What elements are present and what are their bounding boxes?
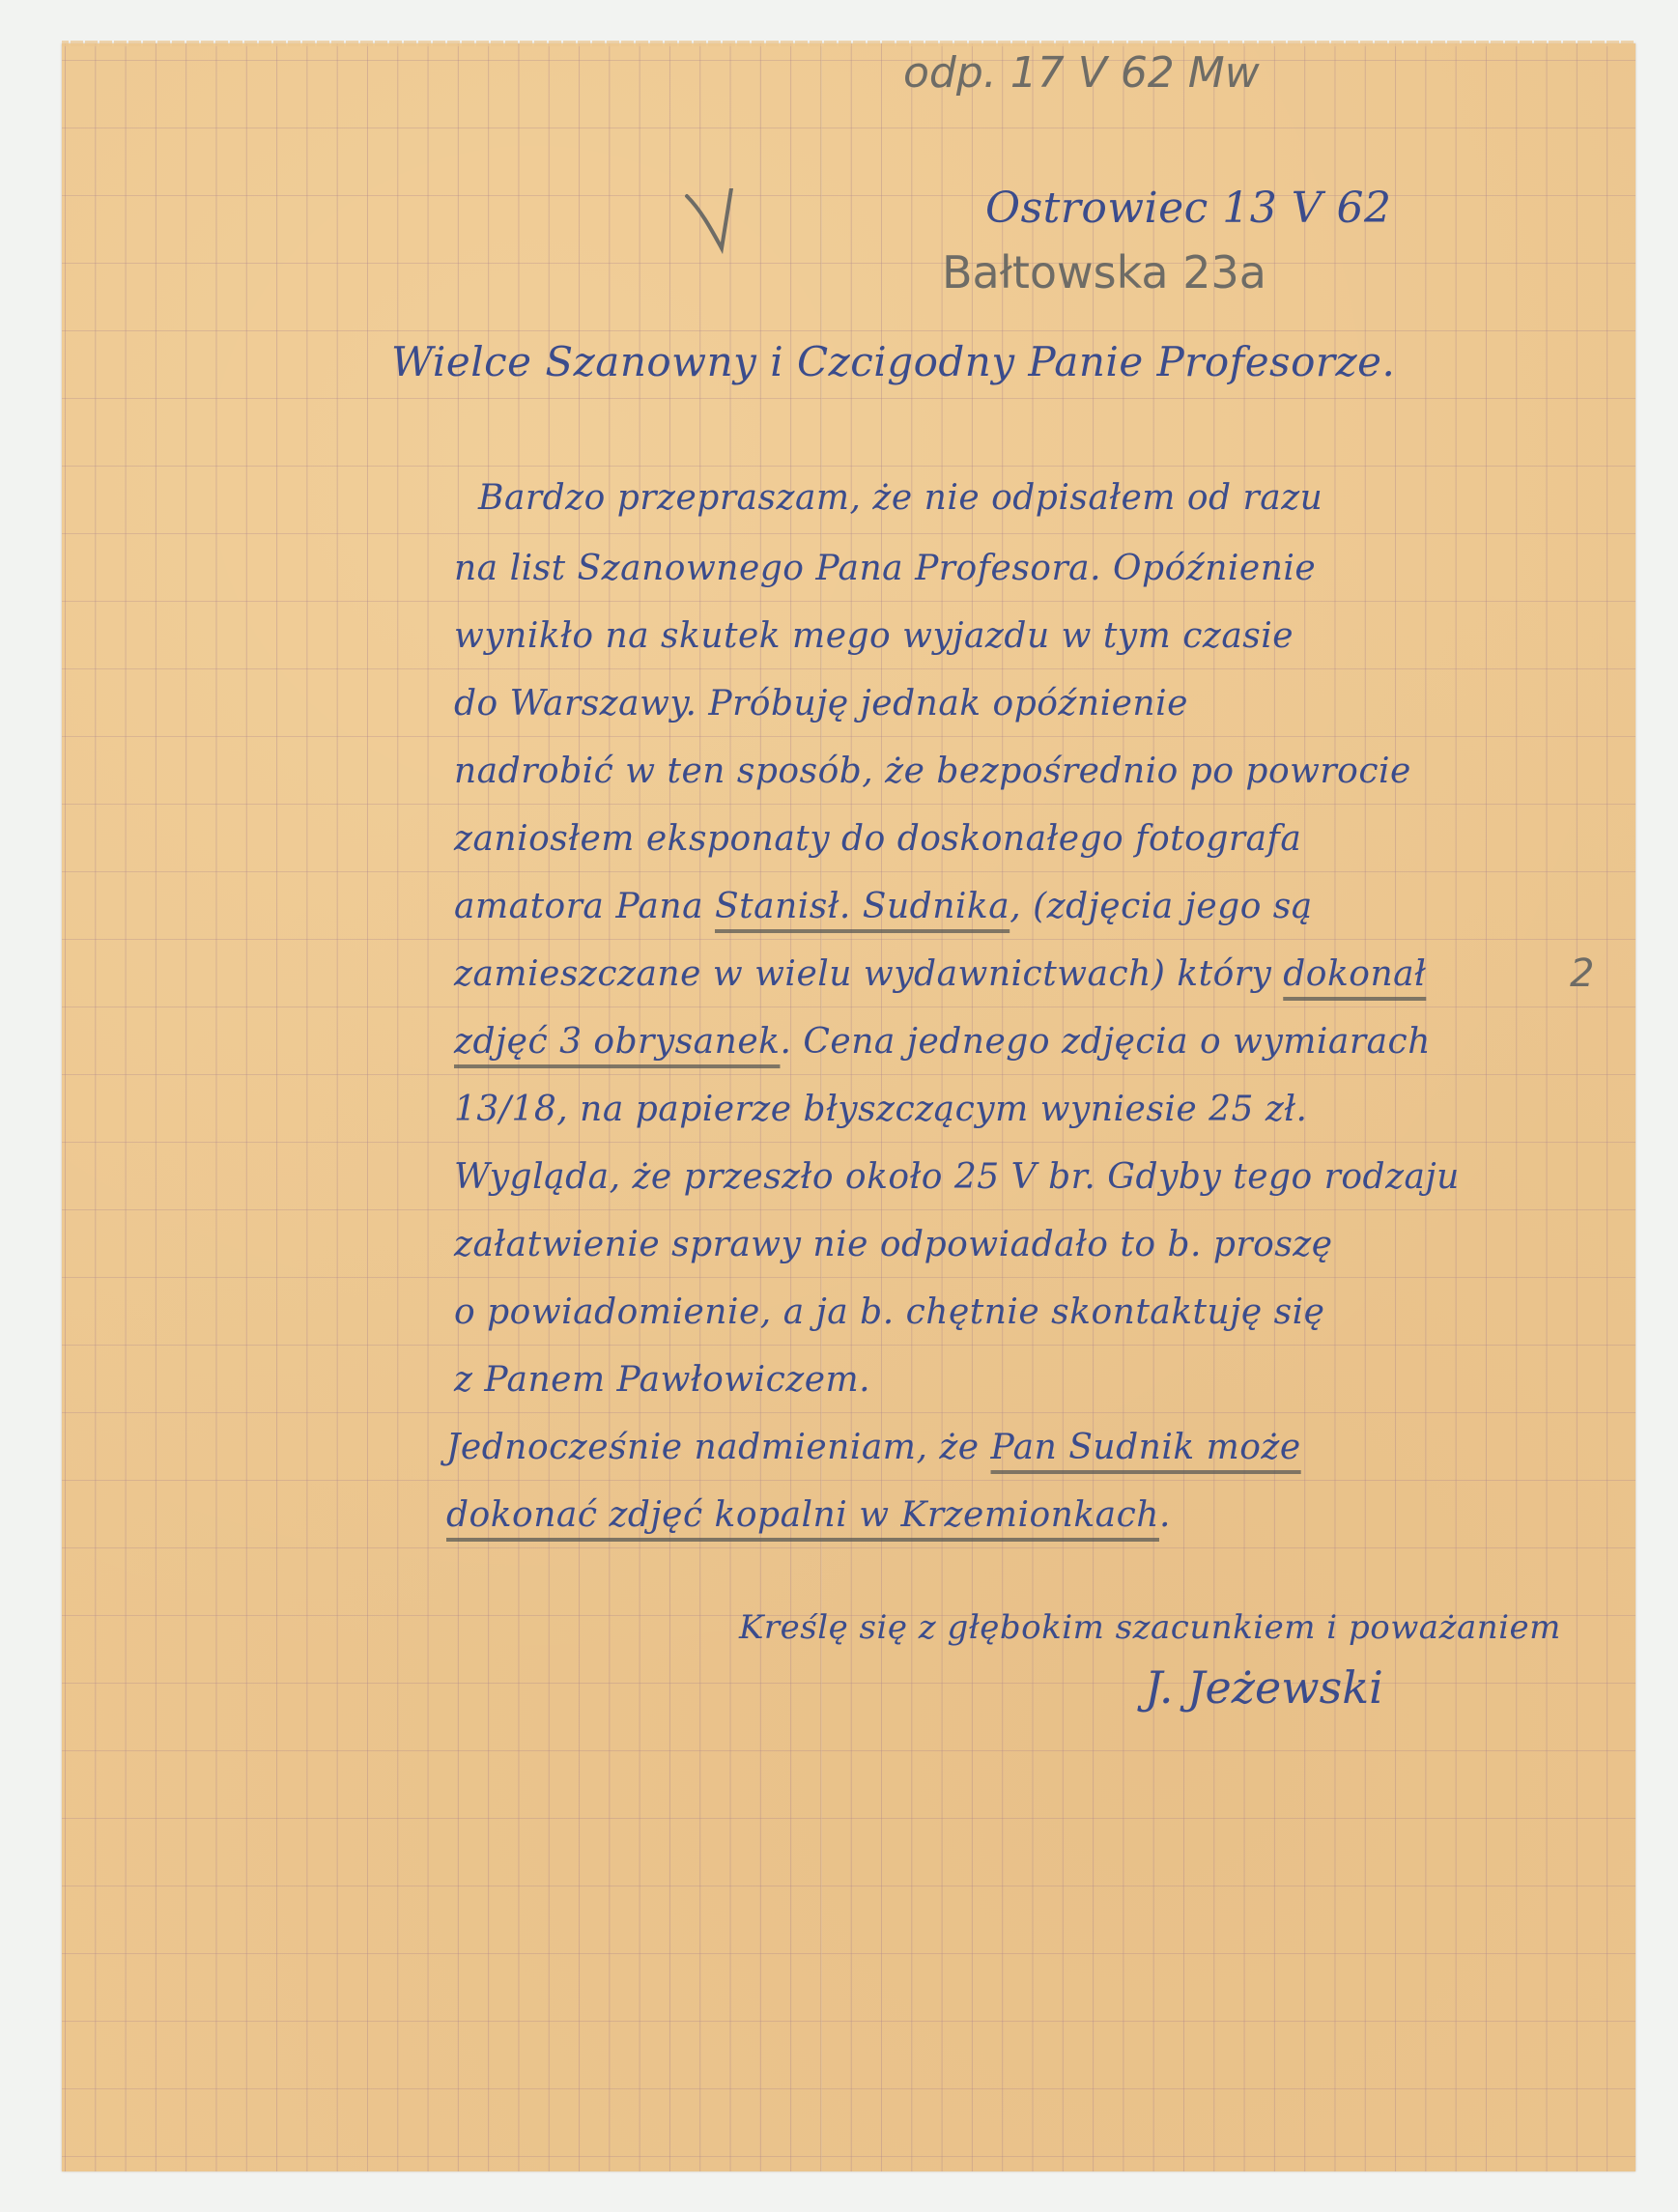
body-line: amatora Pana Stanisł. Sudnika, (zdjęcia … bbox=[454, 887, 1313, 926]
underlined-phrase: dokonać zdjęć kopalni w Krzemionkach bbox=[446, 1495, 1159, 1535]
body-line: Bardzo przepraszam, że nie odpisałem od … bbox=[478, 478, 1322, 518]
body-line: z Panem Pawłowiczem. bbox=[454, 1360, 870, 1400]
body-line: zaniosłem eksponaty do doskonałego fotog… bbox=[454, 819, 1301, 859]
body-line: wynikło na skutek mego wyjazdu w tym cza… bbox=[454, 616, 1294, 656]
underlined-phrase: zdjęć 3 obrysanek bbox=[454, 1022, 780, 1062]
body-line: nadrobić w ten sposób, że bezpośrednio p… bbox=[454, 752, 1411, 791]
underlined-phrase: Pan Sudnik może bbox=[991, 1428, 1301, 1467]
body-text: Jednocześnie nadmieniam, że bbox=[446, 1428, 991, 1467]
body-line: Jednocześnie nadmieniam, że Pan Sudnik m… bbox=[446, 1428, 1301, 1467]
body-text: zamieszczane w wielu wydawnictwach) któr… bbox=[454, 954, 1283, 994]
body-line: załatwienie sprawy nie odpowiadało to b.… bbox=[454, 1225, 1333, 1264]
underlined-word: dokonał bbox=[1283, 954, 1426, 994]
body-line: 13/18, na papierze błyszczącym wyniesie … bbox=[454, 1090, 1307, 1129]
body-line: dokonać zdjęć kopalni w Krzemionkach. bbox=[446, 1495, 1171, 1535]
sender-address: Bałtowska 23a bbox=[942, 246, 1266, 298]
body-line: zamieszczane w wielu wydawnictwach) któr… bbox=[454, 954, 1426, 994]
body-line: Wygląda, że przeszło około 25 V br. Gdyb… bbox=[454, 1157, 1460, 1197]
archival-note: odp. 17 V 62 Mw bbox=[903, 48, 1260, 98]
signature: J. Jeżewski bbox=[1145, 1661, 1383, 1714]
underlined-name: Stanisł. Sudnika bbox=[715, 887, 1010, 926]
salutation: Wielce Szanowny i Czcigodny Panie Profes… bbox=[391, 338, 1395, 385]
body-text: , (zdjęcia jego są bbox=[1010, 887, 1313, 926]
body-line: na list Szanownego Pana Profesora. Opóźn… bbox=[454, 549, 1316, 588]
checkmark-icon bbox=[681, 188, 754, 285]
body-text: . Cena jednego zdjęcia o wymiarach bbox=[780, 1022, 1430, 1062]
body-text: amatora Pana bbox=[454, 887, 715, 926]
closing-line: Kreślę się z głębokim szacunkiem i poważ… bbox=[739, 1608, 1561, 1647]
margin-note: 2 bbox=[1570, 951, 1594, 996]
body-line: zdjęć 3 obrysanek. Cena jednego zdjęcia … bbox=[454, 1022, 1431, 1062]
body-line: do Warszawy. Próbuję jednak opóźnienie bbox=[454, 684, 1188, 723]
body-text: . bbox=[1159, 1495, 1171, 1535]
body-line: o powiadomienie, a ja b. chętnie skontak… bbox=[454, 1292, 1324, 1332]
place-date: Ostrowiec 13 V 62 bbox=[985, 184, 1391, 233]
